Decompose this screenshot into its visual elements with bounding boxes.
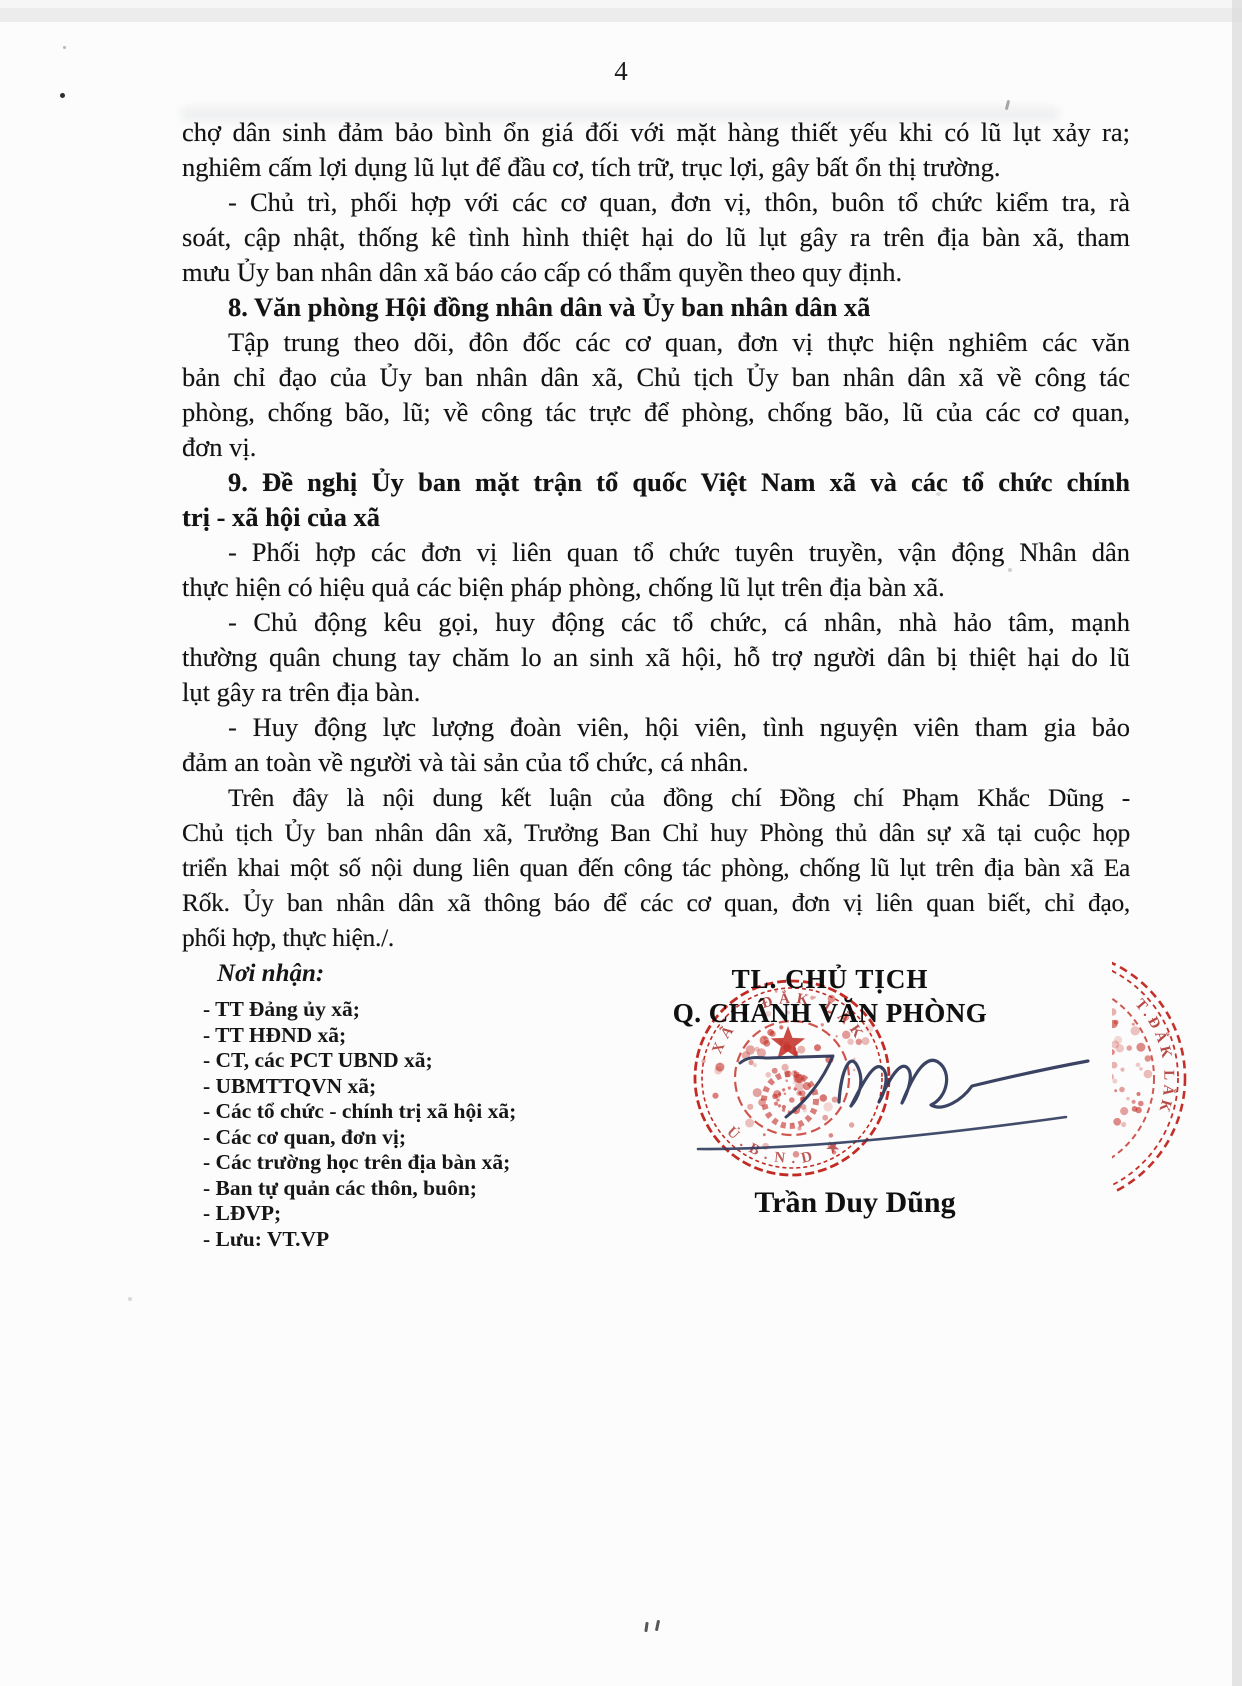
text-line: chợ dân sinh đảm bảo bình ổn giá đối với… xyxy=(182,115,1130,150)
stamp-ink-speck xyxy=(797,1046,805,1054)
signature-title: TL. CHỦ TỊCH xyxy=(660,964,1000,995)
stamp-ink-speck xyxy=(765,1072,771,1078)
stamp-ink-speck xyxy=(1135,1107,1141,1113)
stamp-ink-speck xyxy=(1132,1106,1138,1112)
recipient-item: - Lưu: VT.VP xyxy=(203,1227,633,1253)
stamp-ink-speck xyxy=(772,1068,778,1074)
stamp-ink-speck xyxy=(760,1036,769,1045)
text-line: Chủ tịch Ủy ban nhân dân xã, Trưởng Ban … xyxy=(182,815,1130,850)
stamp-ink-speck xyxy=(853,1069,856,1072)
stamp-ink-speck xyxy=(836,1035,838,1037)
stamp-ink-speck xyxy=(770,1031,776,1037)
recipient-item: - CT, các PCT UBND xã; xyxy=(203,1048,633,1074)
stamp-ink-speck xyxy=(702,1059,706,1063)
text-line: mưu Ủy ban nhân dân xã báo cáo cấp có th… xyxy=(182,255,1130,290)
stamp-ink-speck xyxy=(1119,1087,1125,1093)
stamp-ink-speck xyxy=(779,1040,784,1045)
stamp-ink-speck xyxy=(757,1048,766,1057)
scan-speck xyxy=(644,1622,648,1632)
stamp-ink-speck xyxy=(832,1097,838,1103)
stamp-ink-speck xyxy=(1120,1107,1128,1115)
scan-edge-right xyxy=(1232,0,1242,1686)
stamp-ink-speck xyxy=(820,1094,828,1102)
stamp-ink-speck xyxy=(1136,1063,1141,1068)
stamp-ink-speck xyxy=(1127,1045,1133,1051)
stamp-ink-speck xyxy=(1109,1049,1115,1055)
stamp-ink-speck xyxy=(712,1093,718,1099)
text-line: phối hợp, thực hiện./. xyxy=(182,920,1130,955)
stamp-ink-speck xyxy=(763,1133,766,1136)
recipients-block: Nơi nhận: - TT Đảng ủy xã;- TT HĐND xã;-… xyxy=(203,960,633,1252)
stamp-ink-speck xyxy=(1138,1101,1144,1107)
stamp-ink-speck xyxy=(1099,1133,1108,1142)
stamp-ink-speck xyxy=(828,1144,831,1147)
stamp-ink-speck xyxy=(1112,1079,1117,1084)
stamp-ink-speck xyxy=(1113,1118,1121,1126)
stamp-ink-speck xyxy=(758,1099,766,1107)
stamp-ink-speck xyxy=(774,1102,778,1106)
stamp-ink-speck xyxy=(763,1040,770,1047)
signature xyxy=(698,1056,1088,1149)
stamp-ink-speck xyxy=(746,1045,755,1054)
stamp-ink-speck xyxy=(1099,1100,1106,1107)
stamp-ink-speck xyxy=(1111,1062,1118,1069)
stamp-ink-speck xyxy=(1108,1074,1114,1080)
stamp-ink-speck xyxy=(1100,1080,1108,1088)
svg-text:Ủ.B.N.D ★: Ủ.B.N.D ★ xyxy=(723,1123,849,1167)
stamp-ink-speck xyxy=(745,1119,754,1128)
stamp-ink-speck xyxy=(814,1044,821,1051)
stamp-ink-speck xyxy=(1083,1044,1086,1047)
stamp-ink-speck xyxy=(764,1037,767,1040)
scan-speck xyxy=(128,1297,132,1301)
recipient-item: - Các tổ chức - chính trị xã hội xã; xyxy=(203,1099,633,1125)
stamp-ink-speck xyxy=(784,1041,791,1048)
text-line: 9. Đề nghị Ủy ban mặt trận tổ quốc Việt … xyxy=(182,465,1130,500)
stamp-ink-speck xyxy=(1109,1020,1117,1028)
stamp-ink-speck xyxy=(1132,1023,1135,1026)
stamp-ink-speck xyxy=(747,1104,753,1110)
stamp-ink-speck xyxy=(856,1039,862,1045)
signer-name: Trần Duy Dũng xyxy=(700,1186,1010,1220)
recipients-heading: Nơi nhận: xyxy=(217,960,633,988)
stamp-ink-speck xyxy=(803,1096,807,1100)
recipient-item: - TT HĐND xã; xyxy=(203,1023,633,1049)
scan-speck xyxy=(60,93,65,98)
stamp-ink-speck xyxy=(795,1082,804,1091)
stamp-cog-icon xyxy=(764,1074,816,1126)
scan-edge-band xyxy=(0,0,1242,8)
stamp-ink-speck xyxy=(1145,1055,1151,1061)
page-number: 4 xyxy=(0,56,1242,87)
stamp-ink-speck xyxy=(794,1051,799,1056)
stamp-star-icon xyxy=(771,1026,805,1059)
stamp-ink-speck xyxy=(794,1070,797,1073)
paragraph: Trên đây là nội dung kết luận của đồng c… xyxy=(182,780,1130,955)
stamp-arc-text-bottom: Ủ.B.N.D ★ xyxy=(723,1123,849,1167)
stamp-ink-speck xyxy=(853,1058,856,1061)
stamp-ink-speck xyxy=(755,1047,760,1052)
text-line: trị - xã hội của xã xyxy=(182,500,1130,535)
section-heading: 9. Đề nghị Ủy ban mặt trận tổ quốc Việt … xyxy=(182,465,1130,535)
svg-text:T.ĐẮK LẮK: T.ĐẮK LẮK xyxy=(1132,996,1178,1117)
text-line: nghiêm cấm lợi dụng lũ lụt để đầu cơ, tí… xyxy=(182,150,1130,185)
stamp-ink-speck xyxy=(782,1105,786,1109)
document-page: 4 chợ dân sinh đảm bảo bình ổn giá đối v… xyxy=(0,0,1242,1686)
stamp-ink-speck xyxy=(1126,1097,1129,1100)
stamp-ink-speck xyxy=(1097,1071,1104,1078)
paragraph: - Chủ trì, phối hợp với các cơ quan, đơn… xyxy=(182,185,1130,290)
signature-subtitle: Q. CHÁNH VĂN PHÒNG xyxy=(640,998,1020,1029)
stamp-ink-speck xyxy=(794,1074,803,1083)
stamp-ink-speck xyxy=(842,1031,850,1039)
scan-speck xyxy=(63,46,66,49)
stamp-ink-speck xyxy=(847,1039,853,1045)
text-line: thường quân chung tay chăm lo an sinh xã… xyxy=(182,640,1130,675)
text-line: - Huy động lực lượng đoàn viên, hội viên… xyxy=(182,710,1130,745)
stamp-ink-speck xyxy=(784,1092,787,1095)
partial-stamp-arc-text: T.ĐẮK LẮK xyxy=(1132,996,1178,1117)
stamp-ink-speck xyxy=(1093,1088,1100,1095)
stamp-ink-speck xyxy=(793,1047,796,1050)
stamp-ink-speck xyxy=(1096,1087,1104,1095)
stamp-ink-speck xyxy=(823,1102,832,1111)
stamp-ink-speck xyxy=(785,1079,788,1082)
text-line: soát, cập nhật, thống kê tình hình thiệt… xyxy=(182,220,1130,255)
stamp-ink-speck xyxy=(1098,1035,1104,1041)
stamp-ink-speck xyxy=(1114,1020,1119,1025)
stamp-ink-speck xyxy=(797,1126,801,1130)
recipients-list: - TT Đảng ủy xã;- TT HĐND xã;- CT, các P… xyxy=(203,997,633,1252)
stamp-ink-speck xyxy=(1137,1092,1141,1096)
stamp-ink-speck xyxy=(1139,1067,1142,1070)
text-line: 8. Văn phòng Hội đồng nhân dân và Ủy ban… xyxy=(182,290,1130,325)
stamp-ink-speck xyxy=(753,1088,762,1097)
stamp-ink-speck xyxy=(1114,1089,1117,1092)
stamp-ink-speck xyxy=(762,1143,769,1150)
stamp-ink-speck xyxy=(791,1123,794,1126)
text-line: Trên đây là nội dung kết luận của đồng c… xyxy=(182,780,1130,815)
stamp-ink-speck xyxy=(832,1150,836,1154)
recipient-item: - TT Đảng ủy xã; xyxy=(203,997,633,1023)
stamp-ink-speck xyxy=(1103,1064,1109,1070)
text-line: đơn vị. xyxy=(182,430,1130,465)
text-line: thực hiện có hiệu quả các biện pháp phòn… xyxy=(182,570,1130,605)
text-line: phòng, chống bão, lũ; về công tác trực đ… xyxy=(182,395,1130,430)
stamp-ink-speck xyxy=(792,1106,800,1114)
stamp-ink-speck xyxy=(825,1055,833,1063)
text-line: Tập trung theo dõi, đôn đốc các cơ quan,… xyxy=(182,325,1130,360)
stamp-ink-speck xyxy=(799,1090,805,1096)
stamp-ink-speck xyxy=(1111,1041,1119,1049)
stamp-ink-speck xyxy=(1120,1068,1124,1072)
stamp-ink-speck xyxy=(1094,1110,1100,1116)
stamp-ink-speck xyxy=(1131,1026,1140,1035)
stamp-ink-speck xyxy=(1121,1122,1126,1127)
stamp-ink-speck xyxy=(1101,1088,1107,1094)
stamp-ink-speck xyxy=(753,1063,757,1067)
stamp-ink-speck xyxy=(789,1097,795,1103)
recipient-item: - LĐVP; xyxy=(203,1201,633,1227)
scan-edge-band-shadow xyxy=(0,8,1242,22)
recipient-item: - UBMTTQVN xã; xyxy=(203,1074,633,1100)
paragraph: - Phối hợp các đơn vị liên quan tổ chức … xyxy=(182,535,1130,605)
recipient-item: - Các trường học trên địa bàn xã; xyxy=(203,1150,633,1176)
stamp-ink-speck xyxy=(1114,1036,1122,1044)
text-line: - Chủ trì, phối hợp với các cơ quan, đơn… xyxy=(182,185,1130,220)
text-line: lụt gây ra trên địa bàn. xyxy=(182,675,1130,710)
document-body: chợ dân sinh đảm bảo bình ổn giá đối với… xyxy=(182,115,1130,955)
stamp-ink-speck xyxy=(767,1029,774,1036)
paragraph: Tập trung theo dõi, đôn đốc các cơ quan,… xyxy=(182,325,1130,465)
stamp-ink-speck xyxy=(829,1133,834,1138)
stamp-ink-speck xyxy=(791,1070,797,1076)
stamp-ink-speck xyxy=(802,1108,807,1113)
stamp-ink-speck xyxy=(1093,1058,1096,1061)
stamp-ink-speck xyxy=(793,1151,800,1158)
text-line: bản chỉ đạo của Ủy ban nhân dân xã, Chủ … xyxy=(182,360,1130,395)
stamp-ink-speck xyxy=(782,1064,789,1071)
stamp-ink-speck xyxy=(849,1122,854,1127)
text-line: đảm an toàn về người và tài sản của tổ c… xyxy=(182,745,1130,780)
section-heading: 8. Văn phòng Hội đồng nhân dân và Ủy ban… xyxy=(182,290,1130,325)
stamp-ink-speck xyxy=(1099,1069,1102,1072)
stamp-ink-speck xyxy=(795,1074,804,1083)
paragraph: - Chủ động kêu gọi, huy động các tổ chức… xyxy=(182,605,1130,710)
scan-speck xyxy=(655,1620,660,1631)
stamp-ink-speck xyxy=(772,1094,778,1100)
stamp-ink-speck xyxy=(1116,1044,1124,1052)
stamp-ink-speck xyxy=(773,1090,781,1098)
stamp-ink-speck xyxy=(1136,1043,1145,1052)
stamp-ink-speck xyxy=(862,1037,870,1045)
recipient-item: - Ban tự quản các thôn, buôn; xyxy=(203,1176,633,1202)
stamp-ink-speck xyxy=(715,1063,724,1072)
recipient-item: - Các cơ quan, đơn vị; xyxy=(203,1125,633,1151)
text-line: - Chủ động kêu gọi, huy động các tổ chức… xyxy=(182,605,1130,640)
text-line: Rốk. Ủy ban nhân dân xã thông báo để các… xyxy=(182,885,1130,920)
stamp-ink-speck xyxy=(783,1044,791,1052)
stamp-ink-speck xyxy=(714,1067,722,1075)
stamp-ink-speck xyxy=(803,1082,811,1090)
stamp-ink-speck xyxy=(1100,1020,1109,1029)
text-line: triển khai một số nội dung liên quan đến… xyxy=(182,850,1130,885)
stamp-ink-speck xyxy=(801,1104,807,1110)
stamp-ink-speck xyxy=(822,1115,828,1121)
stamp-ink-speck xyxy=(742,1051,750,1059)
stamp-ink-speck xyxy=(800,1097,806,1103)
stamp-ink-speck xyxy=(1100,1070,1103,1073)
stamp-ink-speck xyxy=(793,1081,796,1084)
stamp-ink-speck xyxy=(1083,1103,1091,1111)
stamp-ink-speck xyxy=(1109,1008,1116,1015)
stamp-ink-speck xyxy=(785,1070,792,1077)
paragraph: - Huy động lực lượng đoàn viên, hội viên… xyxy=(182,710,1130,780)
stamp-ink-speck xyxy=(1144,1070,1153,1079)
stamp-ink-speck xyxy=(1102,1053,1109,1060)
stamp-ink-speck xyxy=(796,1091,801,1096)
paragraph: chợ dân sinh đảm bảo bình ổn giá đối với… xyxy=(182,115,1130,185)
stamp-ink-speck xyxy=(749,1060,754,1065)
stamp-ink-speck xyxy=(1090,1119,1097,1126)
text-line: - Phối hợp các đơn vị liên quan tổ chức … xyxy=(182,535,1130,570)
stamp-ink-speck xyxy=(1132,1100,1136,1104)
stamp-ink-speck xyxy=(833,1150,836,1153)
stamp-ink-speck xyxy=(788,1045,792,1049)
